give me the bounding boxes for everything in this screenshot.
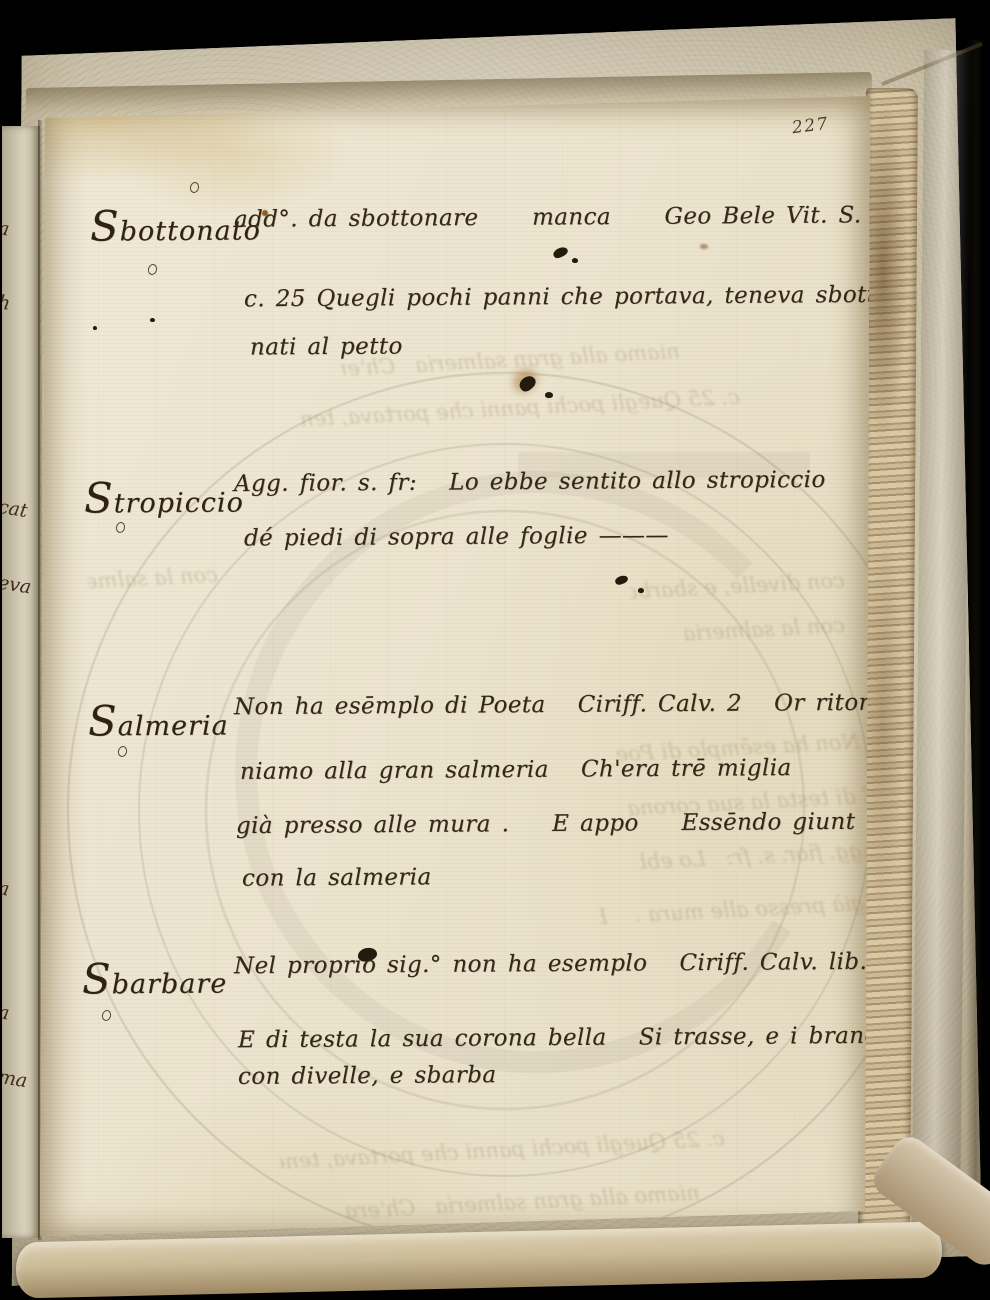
folio-number: 227 (791, 114, 830, 138)
ink-blot (150, 318, 155, 322)
ink-blot (545, 392, 553, 398)
entry-line: con la salmeria (242, 865, 432, 892)
ink-bleedthrough: c. 25 Quegli pochi panni che portava, te… (280, 1126, 726, 1175)
entry-line: con divelle, e sbarba (238, 1063, 497, 1091)
entry-headword: Sbarbare (82, 955, 228, 1003)
ink-bleedthrough: con la salmeria (87, 563, 218, 596)
facing-page-strip: a h cat eva a a ma (2, 126, 40, 1238)
ink-blot (552, 245, 569, 259)
ink-bleedthrough: niamo alla gran salmeria Ch'era trē migl… (340, 339, 681, 383)
marginal-fragment: a (2, 217, 11, 241)
marginal-fragment: cat (2, 496, 29, 522)
marginal-fragment: h (2, 291, 12, 315)
foxing-spot (262, 210, 268, 216)
marginal-fragment: a (2, 1001, 11, 1025)
flourish-mark (117, 745, 128, 758)
ink-blot (614, 574, 629, 586)
entry-headword: Salmeria (88, 698, 229, 746)
manuscript-photograph: a h cat eva a a ma niamo alla gran salme… (0, 0, 990, 1300)
entry-line: add°. da sbottonare manca Geo Bele Vit. … (234, 202, 870, 233)
ink-bleedthrough: Non ha esēmplo di Poeta Ciriff. Calv. 2 … (614, 730, 860, 769)
entry-salmeria: Salmeria Non ha esēmplo di Poeta Ciriff.… (40, 96, 870, 1236)
ink-bleedthrough: E di testa la sua corona bella Si trasse… (627, 783, 870, 822)
flourish-mark (115, 521, 126, 534)
ink-blot (638, 588, 644, 593)
ink-blot (93, 326, 97, 330)
marginal-fragment: a (2, 877, 11, 901)
marginal-fragment: eva (2, 572, 33, 599)
entry-line: nati al petto (250, 334, 403, 361)
entry-sbarbare: Sbarbare Nel proprio sig.° non ha esempl… (40, 96, 870, 1236)
ink-bleedthrough: con divelle, e sbarba (629, 568, 845, 605)
library-embossed-watermark (40, 96, 870, 1236)
flourish-mark (147, 263, 158, 276)
ink-bleedthrough: con la salmeria (654, 613, 845, 649)
flourish-mark (189, 181, 200, 194)
cover-right-crease (966, 40, 982, 1250)
flourish-mark (101, 1009, 112, 1022)
entry-line: già presso alle mura . E appo Essēndo gi… (236, 810, 856, 840)
ink-blot (572, 258, 578, 263)
entry-sbottonato: Sbottonato add°. da sbottonare manca Geo… (40, 96, 870, 1236)
entry-line: c. 25 Quegli pochi panni che portava, te… (244, 283, 870, 313)
manuscript-page: niamo alla gran salmeria Ch'era trē migl… (40, 96, 870, 1236)
entry-line: Nel proprio sig.° non ha esemplo Ciriff.… (234, 950, 870, 980)
entry-headword: Sbottonato (90, 202, 261, 250)
ink-bleedthrough: Agg. fior. s. fr: Lo ebbe sentito allo s… (639, 838, 870, 876)
ink-blot (357, 946, 379, 963)
ink-bleedthrough: già presso alle mura . E appo Essēndo gi… (600, 891, 866, 931)
marginal-fragment: ma (2, 1066, 29, 1092)
entry-line: dé piedi di sopra alle foglie ——— (244, 524, 669, 553)
entry-stropiccio: Stropiccio Agg. fior. s. fr: Lo ebbe sen… (40, 96, 870, 1236)
entry-line: E di testa la sua corona bella Si trasse… (238, 1024, 870, 1054)
ink-bleedthrough: c. 25 Quegli pochi panni che portava, te… (300, 385, 741, 434)
foxing-spot (700, 244, 708, 249)
entry-line: niamo alla gran salmeria Ch'era trē migl… (240, 756, 792, 786)
entry-line: Agg. fior. s. fr: Lo ebbe sentito allo s… (234, 468, 826, 498)
ink-blot (517, 373, 538, 394)
entry-headword: Stropiccio (84, 474, 244, 522)
entry-line: Non ha esēmplo di Poeta Ciriff. Calv. 2 … (234, 691, 870, 721)
